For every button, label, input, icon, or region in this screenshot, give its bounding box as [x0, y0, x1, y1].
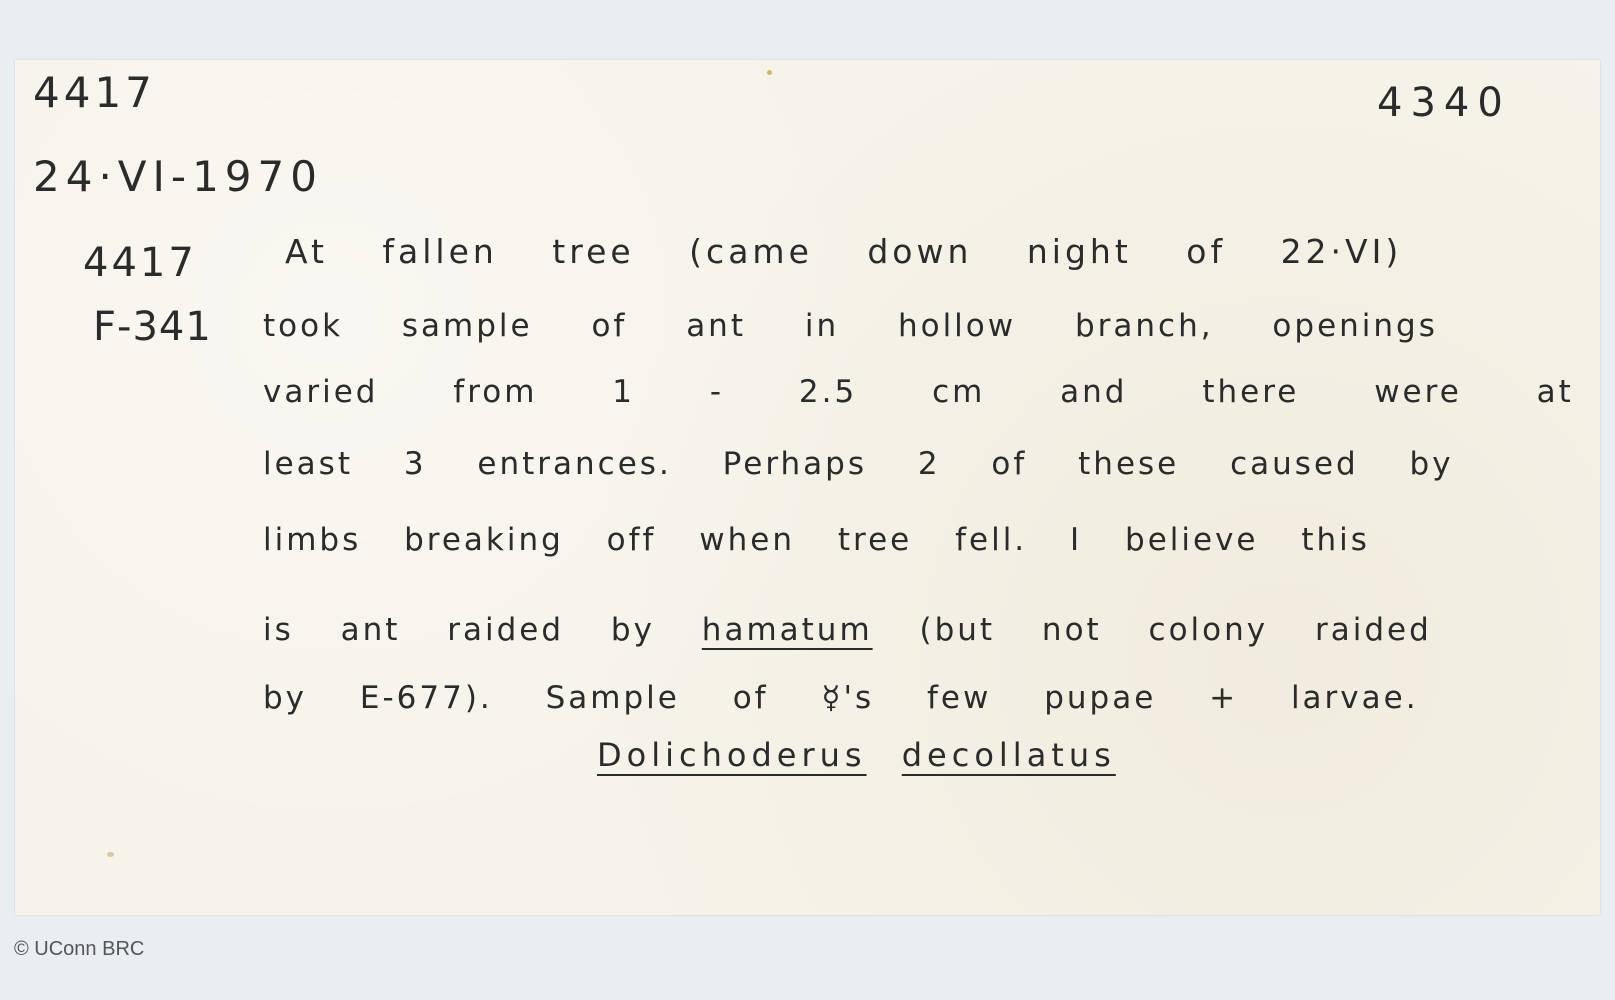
species-genus: Dolichoderus — [597, 736, 867, 774]
paper-stain — [767, 70, 772, 75]
species-epithet: decollatus — [902, 736, 1116, 774]
underlined-species-name: hamatum — [702, 612, 873, 648]
copyright-notice: © UConn BRC — [14, 938, 144, 961]
catalog-number-top-left: 4417 — [33, 68, 156, 117]
note-line-7: by E-677). Sample of ☿'s few pupae + lar… — [263, 680, 1419, 716]
note-line-4: least 3 entrances. Perhaps 2 of these ca… — [263, 446, 1454, 482]
note-line-3: varied from 1 - 2.5 cm and there were at — [263, 374, 1574, 410]
note-line-2: took sample of ant in hollow branch, ope… — [263, 308, 1438, 344]
note-line-6: is ant raided by hamatum (but not colony… — [263, 612, 1432, 648]
catalog-number-top-right: 4340 — [1377, 80, 1511, 126]
specimen-note-card: 4417 4340 24·VI-1970 4417 F-341 At falle… — [15, 60, 1600, 915]
note-line-1: At fallen tree (came down night of 22·VI… — [285, 232, 1402, 271]
margin-label-field-code: F-341 — [93, 304, 212, 350]
note-line-5: limbs breaking off when tree fell. I bel… — [263, 522, 1370, 558]
note-line-6-text: is ant raided by — [263, 612, 655, 648]
species-name: Dolichoderus decollatus — [597, 736, 1116, 774]
note-line-6-continued: (but not colony raided — [920, 612, 1432, 648]
collection-date: 24·VI-1970 — [33, 152, 323, 201]
paper-stain — [107, 852, 114, 857]
margin-label-number: 4417 — [83, 240, 197, 286]
